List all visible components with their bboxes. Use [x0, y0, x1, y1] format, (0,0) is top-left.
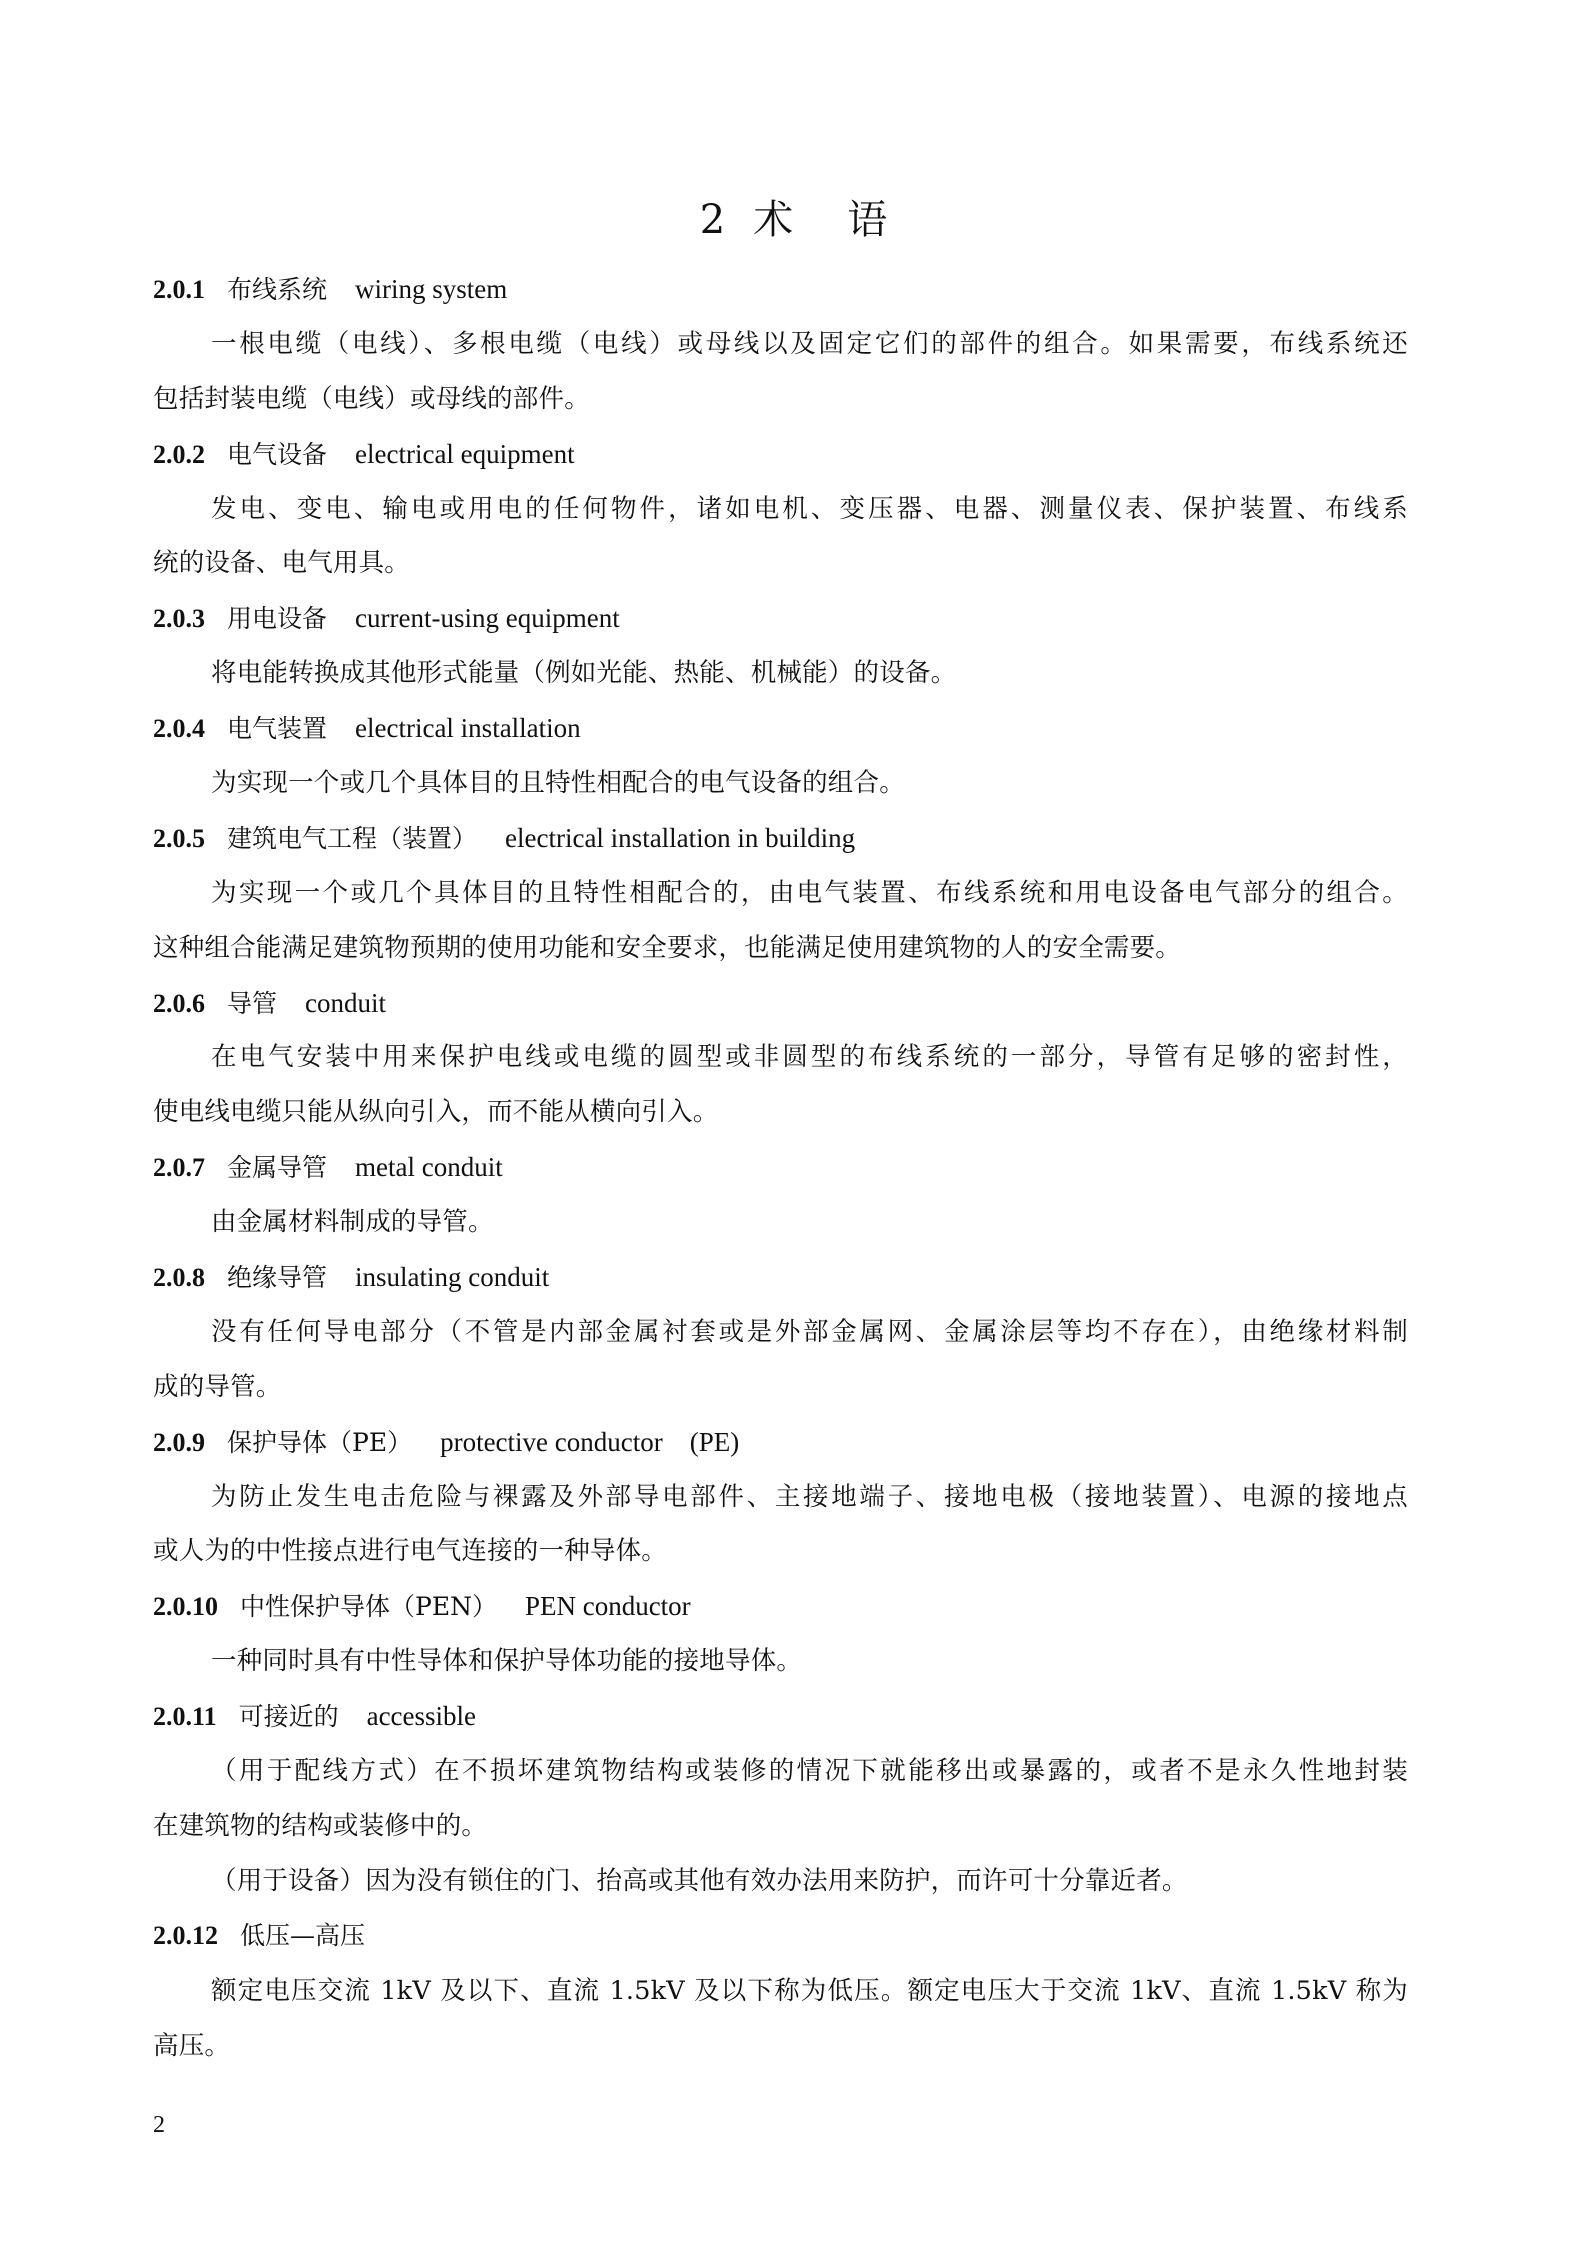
- term-definition-line: 为实现一个或几个具体目的且特性相配合的电气设备的组合。: [153, 756, 1408, 811]
- term-chinese: 导管: [227, 977, 277, 1032]
- term-chinese: 布线系统: [227, 263, 327, 318]
- term-heading: 2.0.11可接近的accessible: [153, 1689, 1408, 1744]
- term-english: PEN conductor: [525, 1579, 691, 1634]
- term-definition-line: 成的导管。: [153, 1360, 1408, 1415]
- term-heading: 2.0.6导管conduit: [153, 976, 1408, 1031]
- term-chinese: 中性保护导体（PEN）: [240, 1580, 497, 1635]
- term-number: 2.0.1: [153, 263, 205, 318]
- term-english: conduit: [305, 976, 386, 1031]
- term-heading: 2.0.1布线系统wiring system: [153, 262, 1408, 317]
- term-number: 2.0.5: [153, 812, 205, 867]
- chapter-title: 2术语: [0, 188, 1587, 245]
- term-english: accessible: [367, 1689, 476, 1744]
- term-english: electrical equipment: [355, 427, 575, 482]
- term-chinese: 保护导体（PE）: [227, 1416, 412, 1471]
- term-definition-line: 为防止发生电击危险与裸露及外部导电部件、主接地端子、接地电极（接地装置）、电源的…: [153, 1470, 1408, 1525]
- term-chinese: 绝缘导管: [227, 1251, 327, 1306]
- term-number: 2.0.7: [153, 1141, 205, 1196]
- term-definition-line: 由金属材料制成的导管。: [153, 1195, 1408, 1250]
- terms-list: 2.0.1布线系统wiring system 一根电缆（电线）、多根电缆（电线）…: [153, 262, 1408, 2073]
- term-heading: 2.0.2电气设备electrical equipment: [153, 427, 1408, 482]
- term-chinese: 金属导管: [227, 1141, 327, 1196]
- term-definition-line: 没有任何导电部分（不管是内部金属衬套或是外部金属网、金属涂层等均不存在），由绝缘…: [153, 1305, 1408, 1360]
- term-number: 2.0.10: [153, 1580, 218, 1635]
- term-definition-line: 为实现一个或几个具体目的且特性相配合的，由电气装置、布线系统和用电设备电气部分的…: [153, 866, 1408, 921]
- term-definition-line: 在电气安装中用来保护电线或电缆的圆型或非圆型的布线系统的一部分，导管有足够的密封…: [153, 1030, 1408, 1085]
- term-definition-line: 高压。: [153, 2019, 1408, 2074]
- term-number: 2.0.12: [153, 1909, 218, 1964]
- term-definition-line: 将电能转换成其他形式能量（例如光能、热能、机械能）的设备。: [153, 646, 1408, 701]
- term-definition-line: 在建筑物的结构或装修中的。: [153, 1799, 1408, 1854]
- term-english: current-using equipment: [355, 591, 620, 646]
- term-definition-line: 或人为的中性接点进行电气连接的一种导体。: [153, 1524, 1408, 1579]
- term-number: 2.0.4: [153, 702, 205, 757]
- term-chinese: 电气装置: [227, 702, 327, 757]
- term-number: 2.0.6: [153, 977, 205, 1032]
- term-chinese: 用电设备: [227, 592, 327, 647]
- chapter-title-char-2: 语: [847, 188, 887, 245]
- term-heading: 2.0.9保护导体（PE）protective conductor (PE): [153, 1415, 1408, 1470]
- term-number: 2.0.2: [153, 428, 205, 483]
- term-chinese: 建筑电气工程（装置）: [227, 812, 477, 867]
- page-number: 2: [153, 2112, 165, 2139]
- term-heading: 2.0.12低压—高压: [153, 1909, 1408, 1964]
- term-heading: 2.0.5建筑电气工程（装置）electrical installation i…: [153, 811, 1408, 866]
- term-english: electrical installation: [355, 701, 581, 756]
- term-number: 2.0.9: [153, 1416, 205, 1471]
- term-definition-line: 发电、变电、输电或用电的任何物件，诸如电机、变压器、电器、测量仪表、保护装置、布…: [153, 482, 1408, 537]
- term-definition-line: 使电线电缆只能从纵向引入，而不能从横向引入。: [153, 1085, 1408, 1140]
- term-english: metal conduit: [355, 1140, 503, 1195]
- chapter-title-char-1: 术: [753, 188, 793, 245]
- term-definition-line: （用于设备）因为没有锁住的门、抬高或其他有效办法用来防护，而许可十分靠近者。: [153, 1854, 1408, 1909]
- term-number: 2.0.3: [153, 592, 205, 647]
- term-heading: 2.0.10中性保护导体（PEN）PEN conductor: [153, 1579, 1408, 1634]
- term-english: wiring system: [355, 262, 507, 317]
- term-definition-line: 这种组合能满足建筑物预期的使用功能和安全要求，也能满足使用建筑物的人的安全需要。: [153, 921, 1408, 976]
- term-english: protective conductor (PE): [440, 1415, 739, 1470]
- term-definition-line: 统的设备、电气用具。: [153, 536, 1408, 591]
- term-heading: 2.0.4电气装置electrical installation: [153, 701, 1408, 756]
- term-definition-line: 一根电缆（电线）、多根电缆（电线）或母线以及固定它们的部件的组合。如果需要，布线…: [153, 317, 1408, 372]
- term-number: 2.0.11: [153, 1690, 217, 1745]
- term-definition-line: （用于配线方式）在不损坏建筑物结构或装修的情况下就能移出或暴露的，或者不是永久性…: [153, 1744, 1408, 1799]
- term-definition-line: 包括封装电缆（电线）或母线的部件。: [153, 372, 1408, 427]
- term-heading: 2.0.8绝缘导管insulating conduit: [153, 1250, 1408, 1305]
- term-chinese: 可接近的: [239, 1690, 339, 1745]
- term-definition-line: 一种同时具有中性导体和保护导体功能的接地导体。: [153, 1634, 1408, 1689]
- chapter-number: 2: [700, 197, 725, 243]
- term-heading: 2.0.7金属导管metal conduit: [153, 1140, 1408, 1195]
- term-number: 2.0.8: [153, 1251, 205, 1306]
- term-heading: 2.0.3用电设备current-using equipment: [153, 591, 1408, 646]
- term-chinese: 电气设备: [227, 428, 327, 483]
- term-english: electrical installation in building: [505, 811, 855, 866]
- term-chinese: 低压—高压: [240, 1909, 365, 1964]
- term-definition-line: 额定电压交流 1kV 及以下、直流 1.5kV 及以下称为低压。额定电压大于交流…: [153, 1964, 1408, 2019]
- term-english: insulating conduit: [355, 1250, 549, 1305]
